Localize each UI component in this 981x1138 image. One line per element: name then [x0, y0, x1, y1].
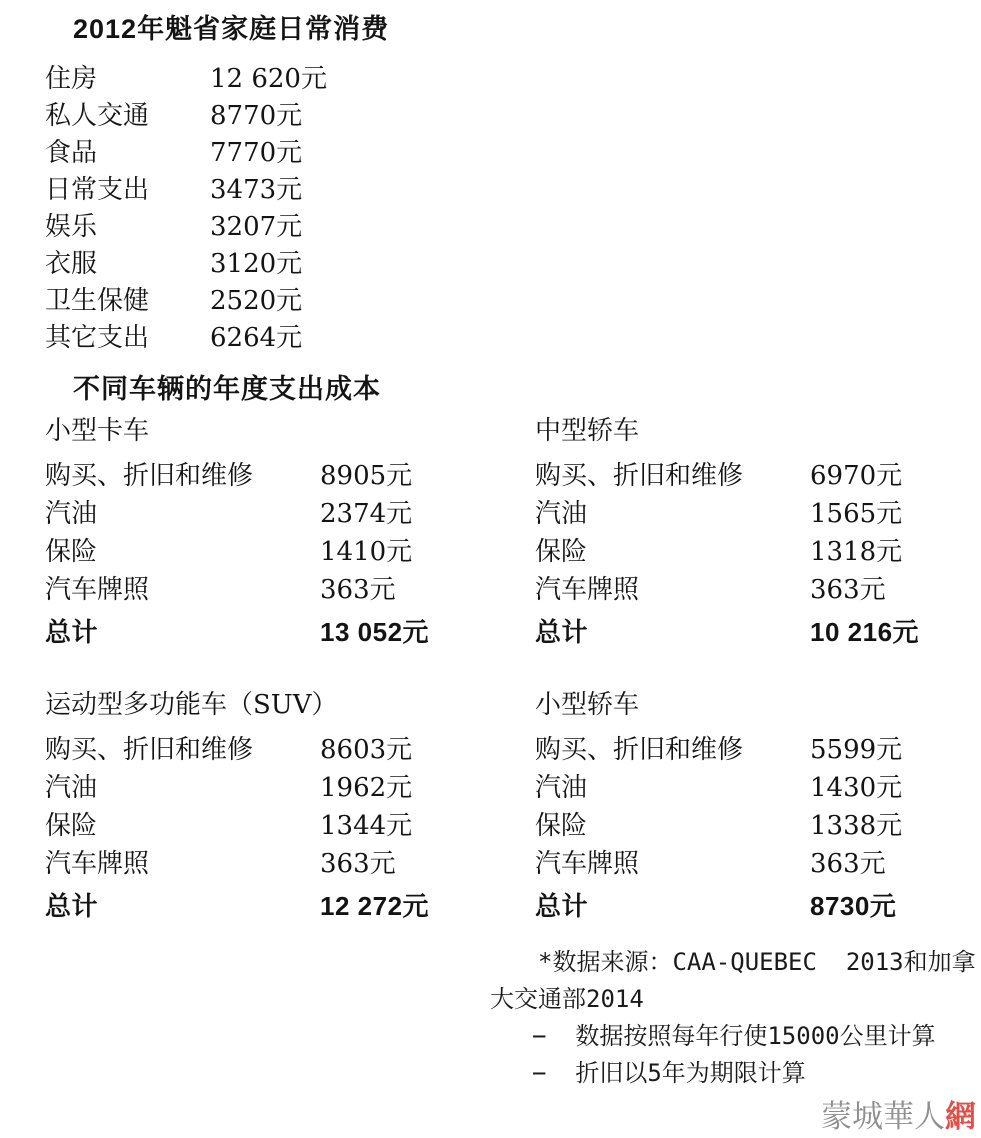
cost-label: 购买、折旧和维修 — [45, 455, 320, 492]
table-row: 住房 12 620元 — [45, 58, 515, 95]
cost-label: 保险 — [535, 531, 810, 568]
table-row: 购买、折旧和维修 8905元 — [45, 454, 535, 492]
vehicle-group-small-sedan: 小型轿车 购买、折旧和维修 5599元 汽油 1430元 保险 1338元 汽车… — [535, 688, 981, 924]
data-source-note-line2: 大交通部2014 — [490, 981, 981, 1018]
table-row: 保险 1338元 — [535, 804, 981, 842]
watermark-gray-text: 蒙城華人 — [821, 1099, 945, 1135]
expense-label: 日常支出 — [45, 169, 210, 206]
table-row: 保险 1318元 — [535, 530, 981, 568]
cost-value: 8603元 — [320, 729, 535, 766]
table-row: 购买、折旧和维修 6970元 — [535, 454, 981, 492]
table-row: 购买、折旧和维修 8603元 — [45, 728, 535, 766]
cost-value: 1410元 — [320, 531, 535, 568]
expense-value: 6264元 — [210, 317, 515, 354]
expense-label: 衣服 — [45, 243, 210, 280]
site-watermark: 蒙城華人網 — [821, 1100, 976, 1134]
total-label: 总计 — [535, 612, 810, 649]
total-label: 总计 — [45, 886, 320, 923]
table-row: 汽油 1565元 — [535, 492, 981, 530]
mileage-assumption-note: − 数据按照每年行使15000公里计算 — [490, 1018, 981, 1055]
table-row: 保险 1344元 — [45, 804, 535, 842]
table-row: 其它支出 6264元 — [45, 317, 515, 354]
cost-label: 汽车牌照 — [45, 843, 320, 880]
cost-label: 汽油 — [535, 493, 810, 530]
table-row: 汽车牌照 363元 — [45, 568, 535, 606]
cost-value: 1318元 — [810, 531, 981, 568]
household-consumption-table: 2012年魁省家庭日常消费 住房 12 620元 私人交通 8770元 食品 7… — [45, 12, 515, 354]
total-label: 总计 — [45, 612, 320, 649]
cost-label: 汽车牌照 — [535, 843, 810, 880]
cost-value: 363元 — [810, 569, 981, 606]
cost-label: 购买、折旧和维修 — [535, 455, 810, 492]
vehicle-group-title: 小型轿车 — [535, 688, 981, 728]
expense-label: 其它支出 — [45, 317, 210, 354]
cost-value: 1565元 — [810, 493, 981, 530]
table-row: 汽车牌照 363元 — [535, 568, 981, 606]
cost-value: 1430元 — [810, 767, 981, 804]
expense-label: 娱乐 — [45, 206, 210, 243]
expense-label: 卫生保健 — [45, 280, 210, 317]
expense-label: 食品 — [45, 132, 210, 169]
vehicle-group-small-truck: 小型卡车 购买、折旧和维修 8905元 汽油 2374元 保险 1410元 汽车… — [45, 414, 535, 650]
cost-value: 363元 — [810, 843, 981, 880]
cost-label: 汽油 — [535, 767, 810, 804]
cost-value: 1962元 — [320, 767, 535, 804]
table-row: 汽油 1962元 — [45, 766, 535, 804]
table-row: 保险 1410元 — [45, 530, 535, 568]
cost-label: 购买、折旧和维修 — [45, 729, 320, 766]
cost-label: 汽车牌照 — [535, 569, 810, 606]
table-row: 汽车牌照 363元 — [535, 842, 981, 880]
cost-value: 6970元 — [810, 455, 981, 492]
cost-value: 5599元 — [810, 729, 981, 766]
vehicle-group-title: 运动型多功能车（SUV） — [45, 688, 535, 728]
expense-value: 7770元 — [210, 132, 515, 169]
expense-value: 12 620元 — [210, 58, 515, 95]
total-label: 总计 — [535, 886, 810, 923]
cost-value: 2374元 — [320, 493, 535, 530]
cost-value: 363元 — [320, 843, 535, 880]
table-row: 食品 7770元 — [45, 132, 515, 169]
expense-value: 3473元 — [210, 169, 515, 206]
expense-label: 私人交通 — [45, 95, 210, 132]
cost-label: 购买、折旧和维修 — [535, 729, 810, 766]
table-row: 私人交通 8770元 — [45, 95, 515, 132]
vehicle-group-suv: 运动型多功能车（SUV） 购买、折旧和维修 8603元 汽油 1962元 保险 … — [45, 688, 535, 924]
table-row: 汽油 1430元 — [535, 766, 981, 804]
vehicle-groups-grid: 小型卡车 购买、折旧和维修 8905元 汽油 2374元 保险 1410元 汽车… — [45, 414, 981, 924]
cost-value: 1344元 — [320, 805, 535, 842]
cost-value: 363元 — [320, 569, 535, 606]
table-row: 衣服 3120元 — [45, 243, 515, 280]
cost-label: 保险 — [45, 805, 320, 842]
cost-value: 1338元 — [810, 805, 981, 842]
expense-value: 3120元 — [210, 243, 515, 280]
table-row: 日常支出 3473元 — [45, 169, 515, 206]
expense-value: 3207元 — [210, 206, 515, 243]
total-value: 8730元 — [810, 886, 981, 923]
vehicle-group-title: 中型轿车 — [535, 414, 981, 454]
cost-value: 8905元 — [320, 455, 535, 492]
household-title: 2012年魁省家庭日常消费 — [73, 12, 515, 46]
table-row: 娱乐 3207元 — [45, 206, 515, 243]
data-source-note-line1: *数据来源：CAA-QUEBEC 2013和加拿 — [490, 944, 981, 981]
cost-label: 保险 — [45, 531, 320, 568]
table-row: 购买、折旧和维修 5599元 — [535, 728, 981, 766]
vehicle-costs-section: 不同车辆的年度支出成本 小型卡车 购买、折旧和维修 8905元 汽油 2374元… — [45, 372, 981, 924]
table-row: 汽车牌照 363元 — [45, 842, 535, 880]
total-row: 总计 13 052元 — [45, 606, 535, 650]
depreciation-assumption-note: − 折旧以5年为期限计算 — [490, 1055, 981, 1092]
table-row: 卫生保健 2520元 — [45, 280, 515, 317]
expense-label: 住房 — [45, 58, 210, 95]
table-row: 汽油 2374元 — [45, 492, 535, 530]
total-value: 12 272元 — [320, 886, 535, 923]
total-row: 总计 8730元 — [535, 880, 981, 924]
expense-value: 2520元 — [210, 280, 515, 317]
total-value: 13 052元 — [320, 612, 535, 649]
total-value: 10 216元 — [810, 612, 981, 649]
vehicle-group-midsize-sedan: 中型轿车 购买、折旧和维修 6970元 汽油 1565元 保险 1318元 汽车… — [535, 414, 981, 650]
expense-value: 8770元 — [210, 95, 515, 132]
total-row: 总计 12 272元 — [45, 880, 535, 924]
cost-label: 汽油 — [45, 493, 320, 530]
cost-label: 保险 — [535, 805, 810, 842]
vehicle-group-title: 小型卡车 — [45, 414, 535, 454]
footnotes: *数据来源：CAA-QUEBEC 2013和加拿 大交通部2014 − 数据按照… — [490, 944, 981, 1092]
cost-label: 汽车牌照 — [45, 569, 320, 606]
watermark-red-text: 網 — [945, 1099, 976, 1135]
vehicle-section-title: 不同车辆的年度支出成本 — [73, 372, 981, 406]
cost-label: 汽油 — [45, 767, 320, 804]
total-row: 总计 10 216元 — [535, 606, 981, 650]
